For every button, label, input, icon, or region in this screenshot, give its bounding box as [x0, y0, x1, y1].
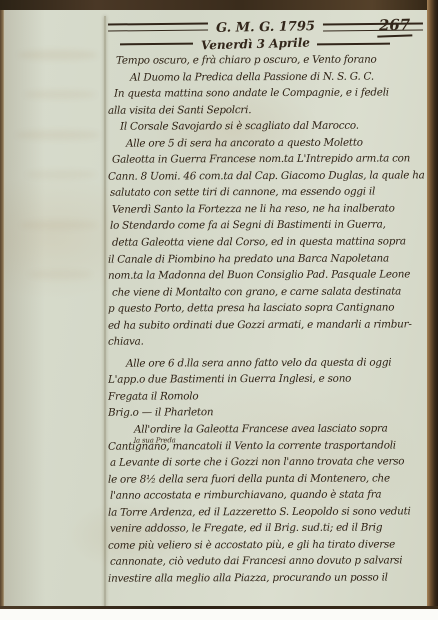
- manuscript-line: Al Duomo la Predica della Passione di N.…: [130, 68, 426, 86]
- margin-crease-line: [104, 16, 106, 607]
- manuscript-line: Fregata il Romolo: [108, 387, 426, 405]
- page-header: G. M. G. 1795: [108, 18, 422, 36]
- interlinear-note: la sua Preda: [134, 432, 176, 449]
- manuscript-line: investire alla meglio alla Piazza, procu…: [108, 569, 426, 587]
- manuscript-page: G. M. G. 1795 267 Venerdì 3 Aprile Tempo…: [0, 10, 428, 607]
- manuscript-line: Venerdì Santo la Fortezza ne li ha reso,…: [112, 200, 426, 218]
- manuscript-line: lo Stendardo come fa ai Segni di Bastime…: [110, 217, 426, 235]
- scan-margin: [0, 609, 438, 620]
- manuscript-line: detta Galeotta viene dal Corso, ed in qu…: [112, 233, 426, 251]
- manuscript-line: Cann. 8 Uomi. 46 com.ta dal Cap. Giacomo…: [108, 167, 426, 185]
- manuscript-line: che viene di Montalto con grano, e carne…: [112, 283, 426, 301]
- date-rule-left: [120, 43, 193, 46]
- manuscript-line: Brig.o — il Pharleton: [108, 404, 426, 422]
- manuscript-line: In questa mattina sono andate le Compagn…: [114, 84, 426, 102]
- manuscript-line: salutato con sette tiri di cannone, ma e…: [110, 184, 426, 202]
- manuscript-line: venire addosso, le Fregate, ed il Brig. …: [110, 520, 426, 538]
- date-line: Venerdì 3 Aprile: [200, 36, 309, 53]
- manuscript-line: come più veliero si è accostato più, e g…: [108, 536, 426, 554]
- manuscript-line: cannonate, ciò veduto dai Francesi anno …: [110, 553, 426, 571]
- book-fore-edge: [427, 0, 438, 607]
- manuscript-line: il Canale di Piombino ha predato una Bar…: [108, 250, 426, 268]
- manuscript-line: l'anno accostata e rimburchiavano, quand…: [110, 487, 426, 505]
- manuscript-line: ed ha subito ordinati due Gozzi armati, …: [108, 316, 426, 334]
- manuscript-line: p questo Porto, detta presa ha lasciato …: [108, 300, 426, 318]
- manuscript-line: la Torre Ardenza, ed il Lazzeretto S. Le…: [108, 503, 426, 521]
- manuscript-line: chiava.: [108, 333, 426, 351]
- manuscript-line: Tempo oscuro, e frà chiaro p oscuro, e V…: [116, 52, 426, 69]
- header-rule-left: [108, 22, 208, 31]
- manuscript-line: la sua Preda Cantignano, mancatoli il Ve…: [108, 437, 426, 455]
- page-curvature-shadow: [5, 10, 45, 607]
- manuscript-text-block: Tempo oscuro, e frà chiaro p oscuro, e V…: [108, 52, 426, 604]
- date-rule-right: [317, 43, 390, 46]
- manuscript-line: Galeotta in Guerra Francese nom.ta L'Int…: [112, 151, 426, 169]
- manuscript-line: le ore 8½ della sera fuori della punta d…: [108, 470, 426, 488]
- header-monogram-year: G. M. G. 1795: [215, 19, 314, 36]
- manuscript-line: nom.ta la Madonna del Buon Consiglio Pad…: [108, 266, 426, 284]
- manuscript-line: Il Corsale Savojardo si è scagliato dal …: [120, 118, 426, 136]
- manuscript-line: a Levante di sorte che i Gozzi non l'ann…: [110, 453, 426, 471]
- manuscript-photo: G. M. G. 1795 267 Venerdì 3 Aprile Tempo…: [0, 0, 438, 620]
- folio-number: 267: [376, 15, 412, 37]
- manuscript-line: L'app.o due Bastimenti in Guerra Inglesi…: [108, 371, 426, 389]
- date-header: Venerdì 3 Aprile: [120, 36, 390, 52]
- manuscript-line: Alle ore 6 d.lla sera anno fatto velo da…: [126, 354, 426, 372]
- manuscript-line: alla visita dei Santi Sepolcri.: [108, 101, 426, 119]
- manuscript-line: Alle ore 5 di sera ha ancorato a questo …: [126, 134, 426, 152]
- manuscript-line: All'ordire la Galeotta Francese avea las…: [134, 420, 426, 438]
